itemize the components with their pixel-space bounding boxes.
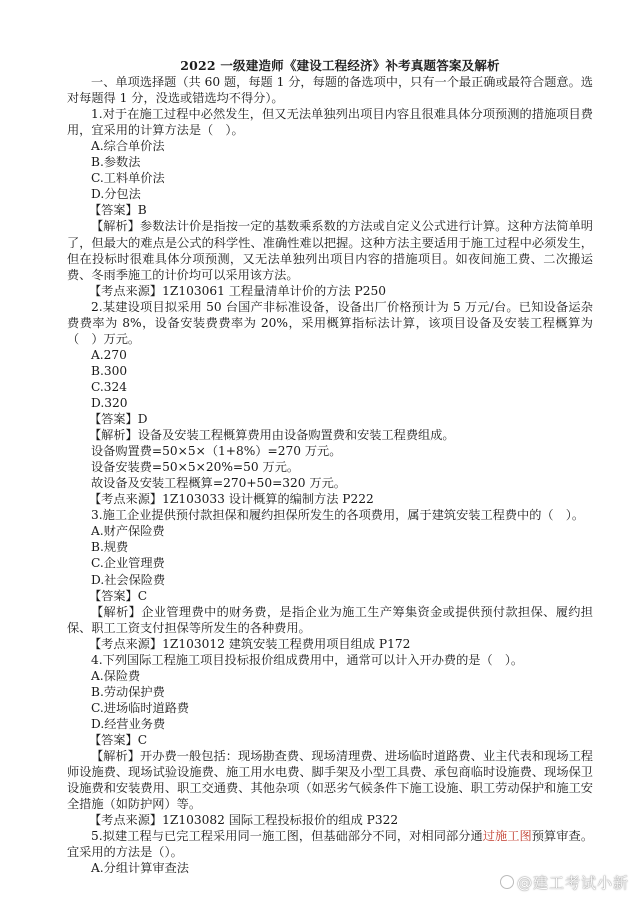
question-stem: 2.某建设项目拟采用 50 台国产非标准设备，设备出厂价格预计为 5 万元/台。…	[67, 299, 593, 347]
analysis: 【解析】企业管理费中的财务费，是指企业为施工生产筹集资金或提供预付款担保、履约担…	[67, 604, 593, 636]
analysis-line: 设备安装费=50×5×20%=50 万元。	[67, 459, 593, 475]
section-intro: 一、单项选择题（共 60 题，每题 1 分，每题的备选项中，只有一个最正确或最符…	[67, 74, 593, 106]
watermark-logo-icon	[500, 875, 514, 889]
analysis: 【解析】设备及安装工程概算费用由设备购置费和安装工程费组成。	[67, 427, 593, 443]
question-stem: 3.施工企业提供预付款担保和履约担保所发生的各项费用，属于建筑安装工程费中的（ …	[67, 507, 593, 523]
option: B.劳动保护费	[67, 684, 593, 700]
option: D.320	[67, 395, 593, 411]
question-stem: 1.对于在施工过程中必然发生，但又无法单独列出项目内容且很难具体分项预测的措施项…	[67, 106, 593, 138]
analysis: 【解析】开办费一般包括：现场勘查费、现场清理费、进场临时道路费、业主代表和现场工…	[67, 748, 593, 812]
analysis: 【解析】参数法计价是指按一定的基数乘系数的方法或自定义公式进行计算。这种方法简单…	[67, 218, 593, 282]
analysis-line: 设备购置费=50×5×（1+8%）=270 万元。	[67, 443, 593, 459]
option: D.社会保险费	[67, 572, 593, 588]
option: D.分包法	[67, 186, 593, 202]
document-page: 2022 一级建造师《建设工程经济》补考真题答案及解析 一、单项选择题（共 60…	[67, 58, 593, 876]
highlighted-link-text[interactable]: 过施工图	[483, 829, 532, 843]
option: C.进场临时道路费	[67, 700, 593, 716]
option: C.工料单价法	[67, 170, 593, 186]
source: 【考点来源】1Z103012 建筑安装工程费用项目组成 P172	[67, 636, 593, 652]
option: B.规费	[67, 539, 593, 555]
document-title: 2022 一级建造师《建设工程经济》补考真题答案及解析	[87, 58, 593, 74]
source: 【考点来源】1Z103033 设计概算的编制方法 P222	[67, 491, 593, 507]
source: 【考点来源】1Z103061 工程量清单计价的方法 P250	[67, 283, 593, 299]
option: A.财产保险费	[67, 523, 593, 539]
answer: 【答案】D	[67, 411, 593, 427]
watermark: @建工考试小新	[500, 872, 629, 893]
answer: 【答案】C	[67, 732, 593, 748]
option: B.300	[67, 363, 593, 379]
answer: 【答案】C	[67, 588, 593, 604]
option: A.保险费	[67, 668, 593, 684]
option: C.324	[67, 379, 593, 395]
option: A.270	[67, 347, 593, 363]
option: B.参数法	[67, 154, 593, 170]
analysis-line: 故设备及安装工程概算=270+50=320 万元。	[67, 475, 593, 491]
question-stem: 4.下列国际工程施工项目投标报价组成费用中，通常可以计入开办费的是（ ）。	[67, 652, 593, 668]
option: A.综合单价法	[67, 138, 593, 154]
option: D.经营业务费	[67, 716, 593, 732]
question-stem: 5.拟建工程与已完工程采用同一施工图，但基础部分不同，对相同部分通过施工图预算审…	[67, 828, 593, 860]
option: C.企业管理费	[67, 555, 593, 571]
answer: 【答案】B	[67, 202, 593, 218]
source: 【考点来源】1Z103082 国际工程投标报价的组成 P322	[67, 812, 593, 828]
